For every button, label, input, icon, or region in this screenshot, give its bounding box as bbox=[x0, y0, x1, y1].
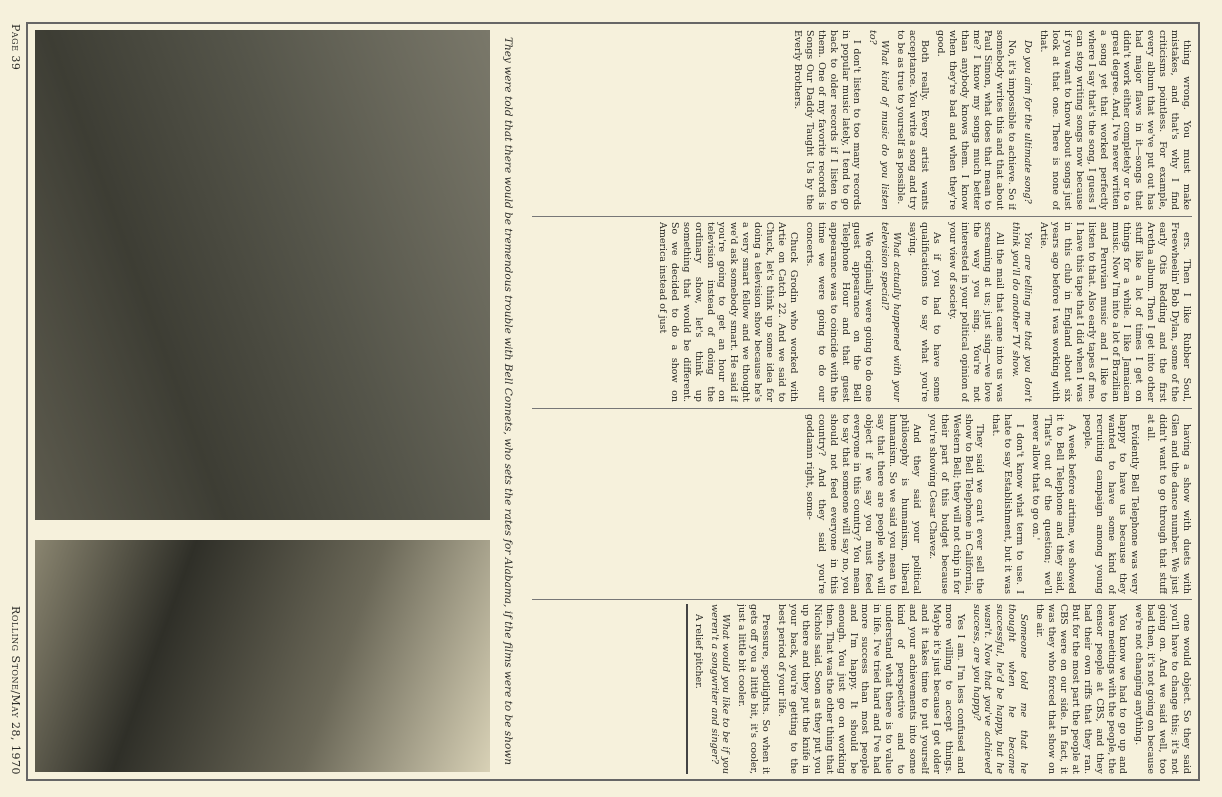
paragraph: As if you had to have some qualification… bbox=[906, 222, 942, 402]
photo-caption: They were told that there would be treme… bbox=[502, 30, 514, 772]
column-divider bbox=[532, 599, 1192, 600]
paragraph: ers. Then I like Rubber Soul, Freewheeli… bbox=[1037, 222, 1192, 402]
paragraph: No, it's impossible to achieve. So if so… bbox=[934, 30, 1017, 210]
paragraph: one would object. So they said you'll ha… bbox=[1132, 604, 1192, 774]
paragraph: We originally were going to do one guest… bbox=[803, 222, 874, 402]
paragraph: Both really. Every artist wants acceptan… bbox=[894, 30, 930, 210]
paragraph: You know we had to go up and have meetin… bbox=[1033, 604, 1128, 774]
paragraph: Chuck Grodin who worked with Artie on Ca… bbox=[656, 222, 799, 402]
paragraph: I don't listen to too many records in po… bbox=[791, 30, 862, 210]
large-photo bbox=[35, 30, 490, 520]
question: What kind of music do you listen to? bbox=[866, 30, 890, 210]
paragraph: I don't know what term to use. I hate to… bbox=[990, 414, 1026, 594]
paragraph: A week before airtime, we showed it to B… bbox=[1029, 414, 1077, 594]
paragraph: All the mail that came into us was screa… bbox=[946, 222, 1006, 402]
column-divider bbox=[532, 216, 1192, 217]
text-column-3: having a show with duets with Glen and t… bbox=[532, 414, 1192, 594]
paragraph: Yes I am. I'm less confused and more wil… bbox=[775, 604, 966, 774]
text-column-1: thing wrong. You must make mistakes, and… bbox=[532, 30, 1192, 210]
end-rule bbox=[686, 604, 688, 774]
text-column-4: one would object. So they said you'll ha… bbox=[532, 604, 1192, 774]
question: You are telling me that you don't think … bbox=[1009, 222, 1033, 402]
magazine-page: thing wrong. You must make mistakes, and… bbox=[0, 0, 1222, 797]
masthead-date: Rolling Stone/May 28, 1970 bbox=[9, 606, 22, 775]
paragraph: Pressure, spotlights. So when it gets of… bbox=[735, 604, 771, 774]
paragraph: They said we can't ever sell the show to… bbox=[926, 414, 986, 594]
question: What would you like to be if you weren't… bbox=[708, 604, 732, 774]
paragraph: thing wrong. You must make mistakes, and… bbox=[1037, 30, 1192, 210]
text-column-2: ers. Then I like Rubber Soul, Freewheeli… bbox=[532, 222, 1192, 402]
paragraph: And they said your political philosophy … bbox=[803, 414, 922, 594]
page-number: Page 39 bbox=[9, 24, 22, 70]
paragraph: Evidently Bell Telephone was very happy … bbox=[1081, 414, 1141, 594]
small-photo bbox=[35, 540, 490, 772]
answer-final: A relief pitcher. bbox=[692, 604, 704, 774]
paragraph: having a show with duets with Glen and t… bbox=[1144, 414, 1192, 594]
column-divider bbox=[532, 408, 1192, 409]
question: What actually happened with your televis… bbox=[878, 222, 902, 402]
question: Someone told me that he thought when he … bbox=[970, 604, 1030, 774]
question: Do you aim for the ultimate song? bbox=[1021, 30, 1033, 210]
